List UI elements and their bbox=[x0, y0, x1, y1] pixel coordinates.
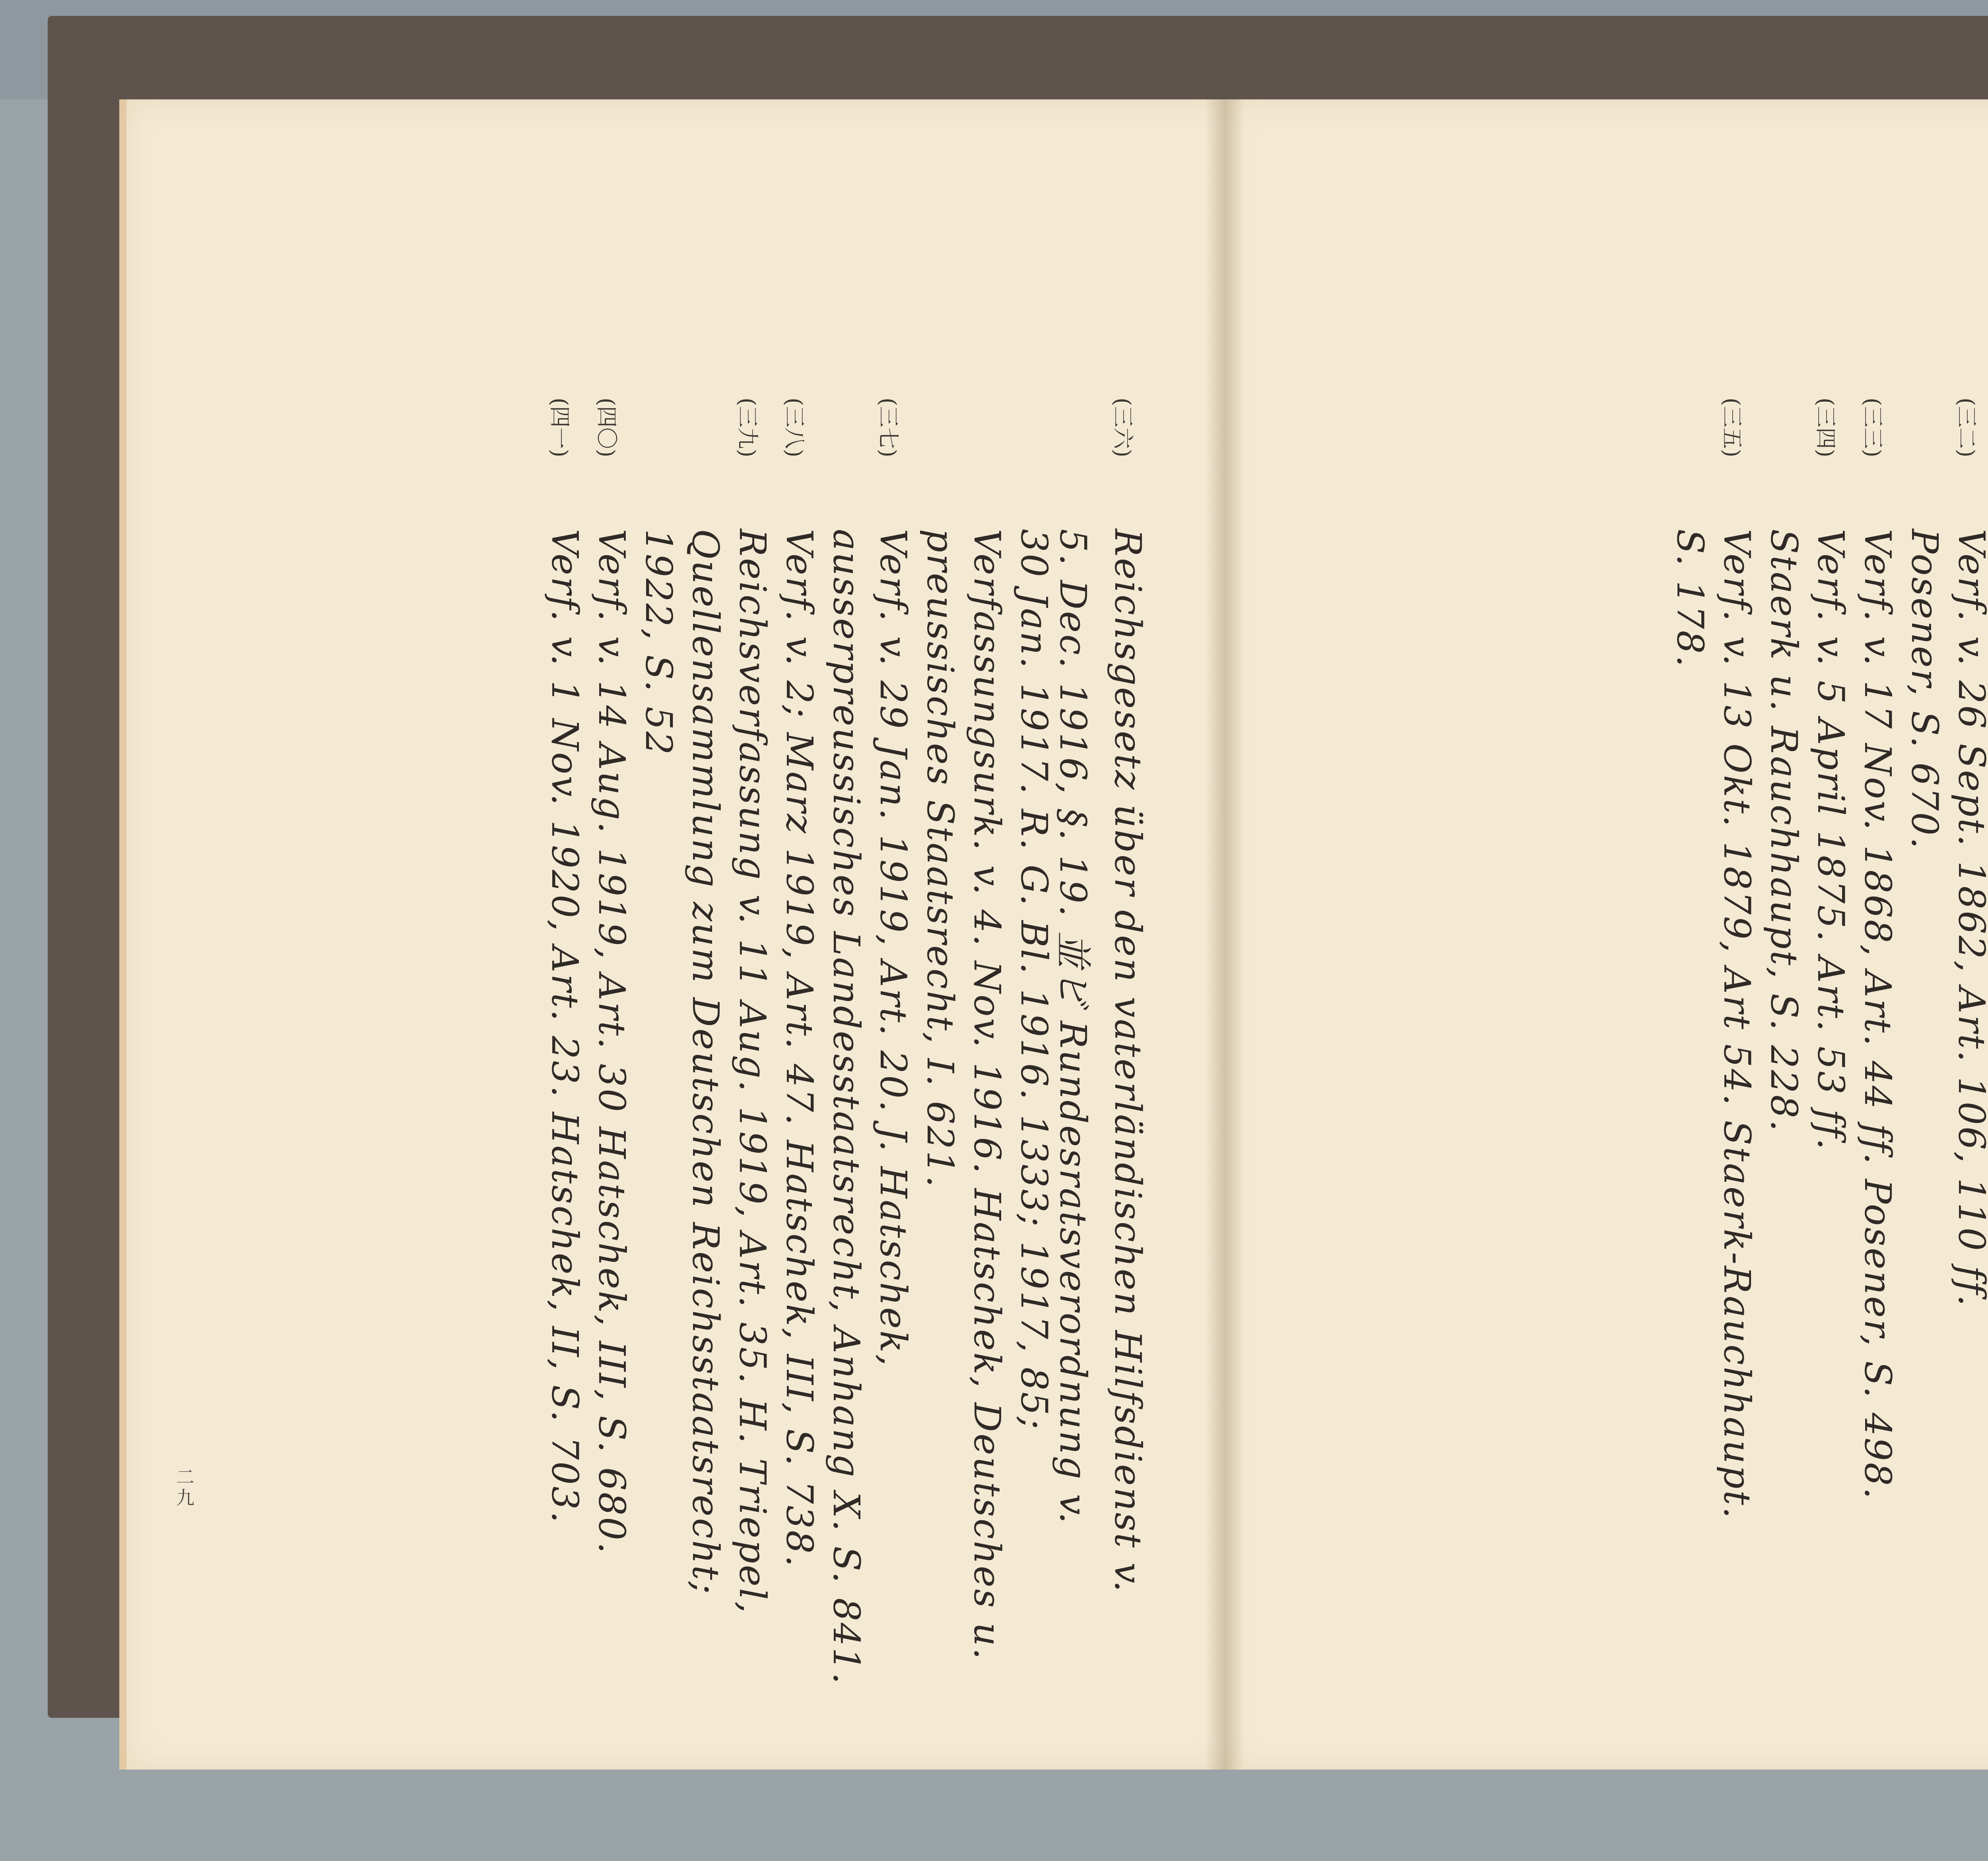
note-line: Verf. v. 14 Aug. 1919, Art. 30 Hatschek,… bbox=[590, 529, 633, 1555]
note-line: Verf. v. 26 Sept. 1862, Art. 106, 110 ff… bbox=[1950, 529, 1988, 1308]
note-39-cont-1: Quellensammlung zum Deutschen Reichsstaa… bbox=[680, 398, 727, 1591]
note-marker: (四〇) bbox=[593, 398, 623, 529]
note-marker: (三三) bbox=[1859, 398, 1889, 529]
note-37: (三七) Verf. v. 29 Jan. 1919, Art. 20. J. … bbox=[868, 398, 914, 1591]
note-marker: (三二) bbox=[1953, 398, 1983, 529]
note-37-cont: ausserpreussisches Landesstaatsrecht, An… bbox=[821, 398, 868, 1591]
note-36-cont-2: 30 Jan. 1917. R. G. Bl. 1916. 1333; 1917… bbox=[1008, 398, 1055, 1591]
note-36-cont-3: Verfassungsurk. v. 4. Nov. 1916. Hatsche… bbox=[961, 398, 1008, 1591]
note-line: Reichsverfassung v. 11 Aug. 1919, Art. 3… bbox=[731, 529, 774, 1614]
note-36: (三六) Reichsgesetz über den vaterländisch… bbox=[1102, 398, 1149, 1591]
left-page-text: (三六) Reichsgesetz über den vaterländisch… bbox=[539, 398, 1149, 1591]
note-line: Verf. v. 2; Marz 1919, Art. 47. Hatschek… bbox=[778, 529, 821, 1568]
note-34: (三四) Verf. v. 5 April 1875. Art. 53 ff. bbox=[1805, 398, 1852, 1551]
right-page-text: (二九) Verf. v. 21 Feb. 1854, Art. 46. Sta… bbox=[1664, 398, 1988, 1551]
note-marker: (三七) bbox=[874, 398, 905, 529]
note-line: Verfassungsurk. v. 4. Nov. 1916. Hatsche… bbox=[966, 529, 1008, 1661]
note-line: 5. Dec. 1916, §. 19. 並ビ Rundesratsverord… bbox=[1050, 529, 1102, 1525]
note-39-cont-2: 1922, S. 52 bbox=[633, 398, 680, 1591]
note-36-cont-1: 5. Dec. 1916, §. 19. 並ビ Rundesratsverord… bbox=[1055, 398, 1102, 1591]
note-41: (四一) Verf. v. 1 Nov. 1920, Art. 23. Hats… bbox=[539, 398, 586, 1591]
note-32: (三二) Verf. v. 26 Sept. 1862, Art. 106, 1… bbox=[1946, 398, 1988, 1551]
note-38: (三八) Verf. v. 2; Marz 1919, Art. 47. Hat… bbox=[774, 398, 821, 1591]
note-33: (三三) Verf. v. 17 Nov. 1868, Art. 44 ff. … bbox=[1852, 398, 1899, 1551]
note-line: Verf. v. 29 Jan. 1919, Art. 20. J. Hatsc… bbox=[872, 529, 914, 1368]
note-35-cont: S. 178. bbox=[1664, 398, 1711, 1551]
note-marker: (三六) bbox=[1109, 398, 1140, 529]
note-40: (四〇) Verf. v. 14 Aug. 1919, Art. 30 Hats… bbox=[586, 398, 633, 1591]
note-marker: (三四) bbox=[1812, 398, 1842, 529]
note-line: Quellensammlung zum Deutschen Reichsstaa… bbox=[684, 529, 727, 1595]
note-32-cont: Posener, S. 670. bbox=[1899, 398, 1946, 1551]
note-34-cont: Staerk u. Rauchhaupt, S. 228. bbox=[1758, 398, 1805, 1551]
note-line: ausserpreussisches Landesstaatsrecht, An… bbox=[825, 529, 868, 1686]
note-line: 1922, S. 52 bbox=[637, 529, 680, 756]
book-gutter bbox=[1205, 99, 1244, 1770]
note-marker: (三八) bbox=[780, 398, 811, 529]
note-marker: (三九) bbox=[734, 398, 764, 529]
page-number-left: 二九 bbox=[171, 1467, 197, 1509]
note-line: Posener, S. 670. bbox=[1903, 529, 1946, 850]
note-35: (三五) Verf. v. 13 Okt. 1879, Art 54. Stae… bbox=[1711, 398, 1758, 1551]
note-36-cont-4: preussisches Staatsrecht, I. 621. bbox=[914, 398, 961, 1591]
note-line: Verf. v. 17 Nov. 1868, Art. 44 ff. Posen… bbox=[1856, 529, 1899, 1500]
note-line: Verf. v. 5 April 1875. Art. 53 ff. bbox=[1809, 529, 1852, 1151]
note-marker: (三五) bbox=[1718, 398, 1749, 529]
note-line: preussisches Staatsrecht, I. 621. bbox=[919, 529, 961, 1189]
note-marker: (四一) bbox=[546, 398, 577, 529]
note-line: Verf. v. 13 Okt. 1879, Art 54. Staerk-Ra… bbox=[1716, 529, 1758, 1520]
note-line: Reichsgesetz über den vaterländischen Hi… bbox=[1107, 529, 1149, 1594]
note-line: Verf. v. 1 Nov. 1920, Art. 23. Hatschek,… bbox=[544, 529, 586, 1524]
note-line: 30 Jan. 1917. R. G. Bl. 1916. 1333; 1917… bbox=[1013, 529, 1055, 1431]
note-39: (三九) Reichsverfassung v. 11 Aug. 1919, A… bbox=[727, 398, 774, 1591]
note-line: Staerk u. Rauchhaupt, S. 228. bbox=[1763, 529, 1805, 1133]
note-line: S. 178. bbox=[1669, 529, 1711, 668]
